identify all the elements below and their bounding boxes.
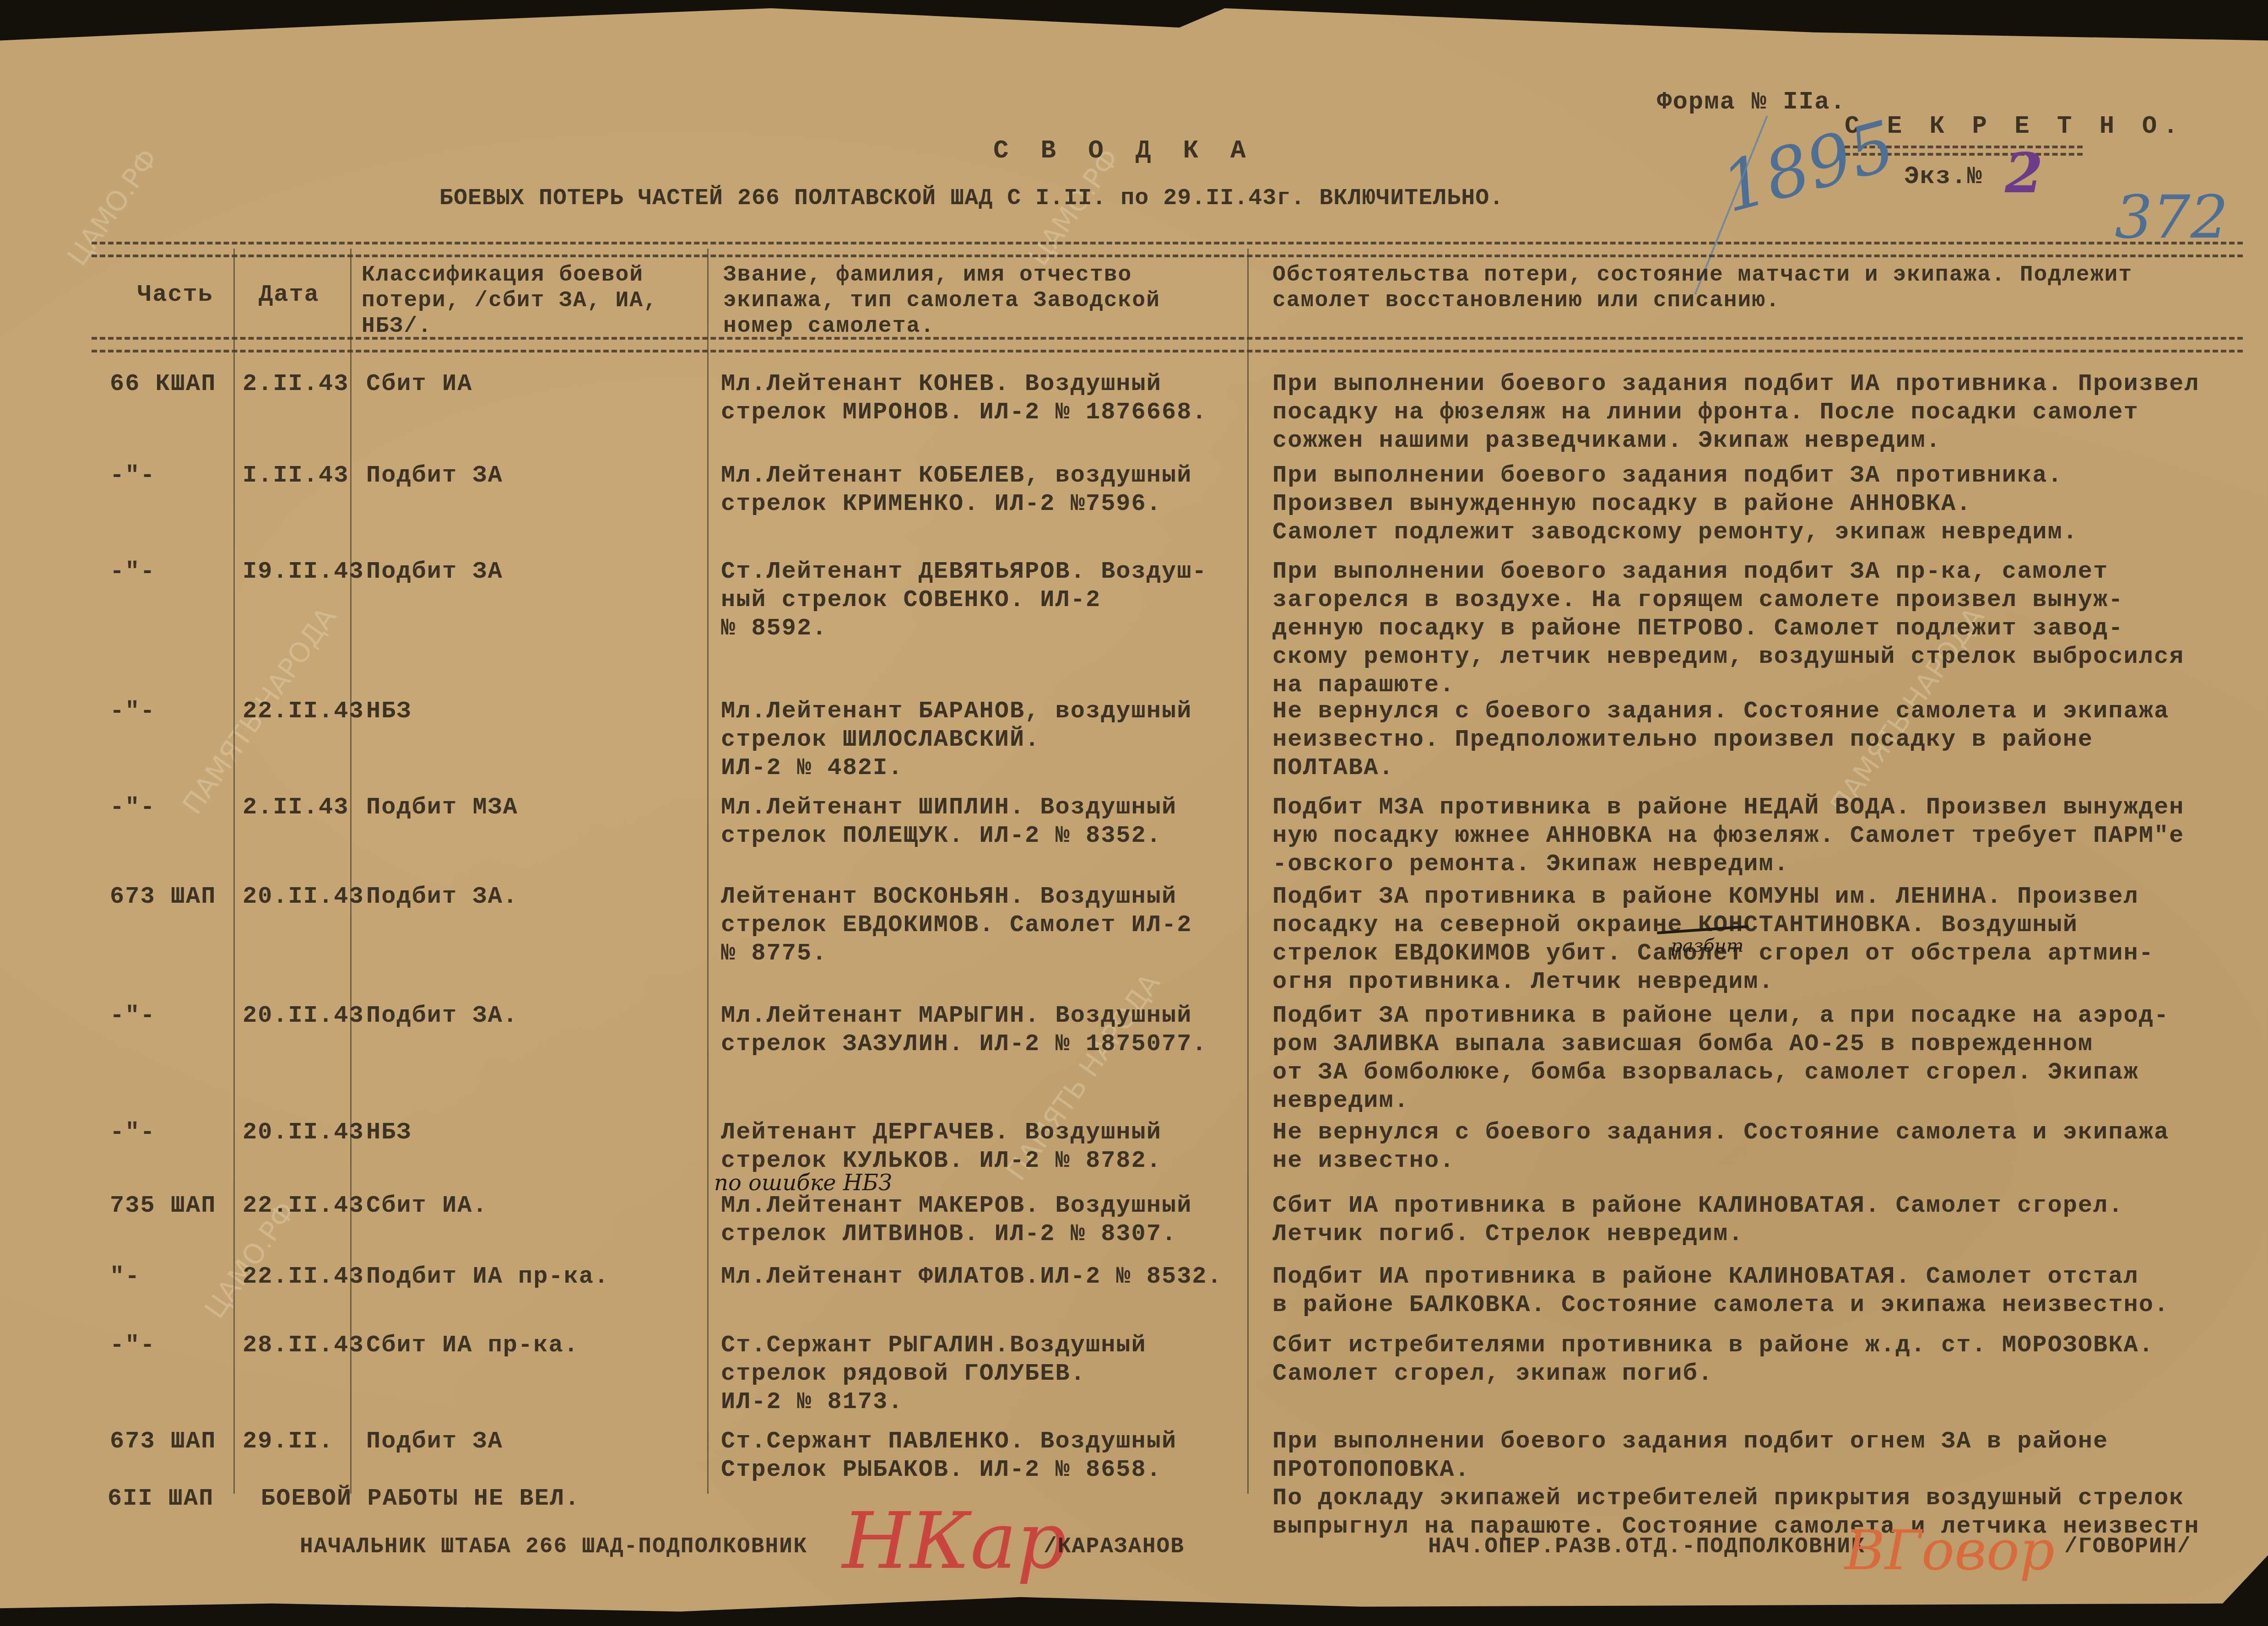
cell-circumstances: При выполнении боевого задания подбит ЗА… <box>1272 461 2078 547</box>
cell-crew: Мл.Лейтенант КОНЕВ. Воздушныйстрелок МИР… <box>721 370 1207 427</box>
cell-date: 22.II.43 <box>243 697 364 726</box>
cell-crew-line: Мл.Лейтенант МАКЕРОВ. Воздушный <box>721 1192 1192 1220</box>
cell-date: I.II.43 <box>243 461 349 490</box>
cell-unit: -"- <box>110 461 156 490</box>
signature-right: ВГовор <box>1845 1519 2055 1583</box>
cell-crew: Мл.Лейтенант КОБЕЛЕВ, воздушныйстрелок К… <box>721 461 1192 518</box>
cell-crew: Лейтенант ВОСКОНЬЯН. Воздушныйстрелок ЕВ… <box>721 883 1192 968</box>
cell-crew: Ст.Лейтенант ДЕВЯТЬЯРОВ. Воздуш-ный стре… <box>721 558 1207 643</box>
signature-right-name: /ГОВОРИН/ <box>2064 1533 2191 1561</box>
cell-crew-line: № 8592. <box>721 614 1207 643</box>
cell-crew-line: стрелок ПОЛЕЩУК. ИЛ-2 № 8352. <box>721 822 1177 850</box>
cell-circumstances: Подбит ИА противника в районе КАЛИНОВАТА… <box>1272 1263 2169 1319</box>
cell-date: 2.II.43 <box>243 793 349 822</box>
document-sheet: ЦАМО.РФ ЦАМО.РФ ПАМЯТЬ НАРОДА ПАМЯТЬ НАР… <box>0 8 2268 1620</box>
cell-circumstances-line: ную посадку южнее АННОВКА на фюзеляж. Са… <box>1272 822 2184 850</box>
copy-number: 2 <box>2005 141 2043 206</box>
column-divider <box>350 249 352 1494</box>
cell-crew-line: Стрелок РЫБАКОВ. ИЛ-2 № 8658. <box>721 1456 1177 1484</box>
cell-circumstances-line: ПРОТОПОПОВКА. <box>1272 1456 2200 1484</box>
cell-circumstances-line: не известно. <box>1272 1147 2169 1175</box>
cell-circumstances-line: на парашюте. <box>1272 671 2184 699</box>
cell-circumstances: При выполнении боевого задания подбит ИА… <box>1272 370 2200 455</box>
footer-unit: 6II ШАП <box>108 1485 214 1513</box>
cell-circumstances: При выполнении боевого задания подбит ЗА… <box>1272 558 2184 699</box>
cell-circumstances-line: Самолет подлежит заводскому ремонту, эки… <box>1272 518 2078 547</box>
cell-crew-line: Мл.Лейтенант ШИПЛИН. Воздушный <box>721 793 1177 822</box>
cell-classification: Сбит ИА. <box>366 1192 488 1220</box>
cell-unit: -"- <box>110 1002 156 1030</box>
form-number: Форма № IIа. <box>1657 88 1846 117</box>
cell-crew-line: стрелок ЕВДОКИМОВ. Самолет ИЛ-2 <box>721 911 1192 939</box>
cell-circumstances-line: По докладу экипажей истребителей прикрыт… <box>1272 1484 2200 1512</box>
cell-circumstances-line: загорелся в воздухе. На горящем самолете… <box>1272 586 2184 614</box>
column-header-unit: Часть <box>137 281 213 309</box>
cell-circumstances-line: в районе БАЛКОВКА. Состояние самолета и … <box>1272 1291 2169 1319</box>
cell-unit: 66 КШАП <box>110 370 216 398</box>
cell-circumstances-line: Сбит истребителями противника в районе ж… <box>1272 1331 2154 1360</box>
cell-crew: Ст.Сержант РЫГАЛИН.Воздушныйстрелок рядо… <box>721 1331 1147 1416</box>
cell-circumstances-line: -овского ремонта. Экипаж невредим. <box>1272 850 2184 878</box>
cell-classification: Подбит ЗА. <box>366 883 518 911</box>
cell-circumstances-line: При выполнении боевого задания подбит ИА… <box>1272 370 2200 398</box>
cell-crew-line: Мл.Лейтенант КОНЕВ. Воздушный <box>721 370 1207 398</box>
cell-circumstances-line: ПОЛТАВА. <box>1272 754 2169 782</box>
cell-unit: "- <box>110 1263 140 1291</box>
cell-circumstances-line: Самолет сгорел, экипаж погиб. <box>1272 1360 2154 1388</box>
cell-circumstances-line: Подбит МЗА противника в районе НЕДАЙ ВОД… <box>1272 793 2184 822</box>
cell-date: I9.II.43 <box>243 558 364 586</box>
cell-circumstances-line: Не вернулся с боевого задания. Состояние… <box>1272 697 2169 726</box>
cell-unit: 673 ШАП <box>110 1427 216 1456</box>
column-divider <box>707 249 709 1494</box>
cell-unit: -"- <box>110 1331 156 1360</box>
cell-crew-line: Мл.Лейтенант КОБЕЛЕВ, воздушный <box>721 461 1192 490</box>
cell-crew: Мл.Лейтенант МАРЫГИН. Воздушныйстрелок З… <box>721 1002 1207 1058</box>
signature-left-title: НАЧАЛЬНИК ШТАБА 266 ШАД-ПОДПОЛКОВНИК <box>300 1533 807 1561</box>
cell-circumstances: Подбит ЗА противника в районе цели, а пр… <box>1272 1002 2169 1115</box>
cell-crew-line: ИЛ-2 № 482I. <box>721 754 1192 782</box>
column-header-circumstances: Обстоятельства потери, состояние матчаст… <box>1272 262 2142 314</box>
cell-crew-line: Лейтенант ДЕРГАЧЕВ. Воздушный <box>721 1118 1162 1147</box>
cell-circumstances-line: Летчик погиб. Стрелок невредим. <box>1272 1220 2123 1248</box>
cell-crew-line: ный стрелок СОВЕНКО. ИЛ-2 <box>721 586 1207 614</box>
cell-classification: Подбит МЗА <box>366 793 518 822</box>
cell-date: 20.II.43 <box>243 1118 364 1147</box>
cell-crew-line: Мл.Лейтенант МАРЫГИН. Воздушный <box>721 1002 1207 1030</box>
cell-circumstances-line: Подбит ЗА противника в районе КОМУНЫ им.… <box>1272 883 2154 911</box>
cell-date: 28.II.43 <box>243 1331 364 1360</box>
handwritten-correction: разбит <box>1671 935 1743 956</box>
table-header-rule <box>92 337 2243 352</box>
document-subtitle: БОЕВЫХ ПОТЕРЬ ЧАСТЕЙ 266 ПОЛТАВСКОЙ ШАД … <box>439 184 1504 213</box>
column-divider <box>1247 249 1249 1494</box>
cell-classification: Подбит ЗА <box>366 558 503 586</box>
cell-crew-line: стрелок ШИЛОСЛАВСКИЙ. <box>721 726 1192 754</box>
cell-crew-line: Ст.Сержант РЫГАЛИН.Воздушный <box>721 1331 1147 1360</box>
cell-circumstances: Подбит МЗА противника в районе НЕДАЙ ВОД… <box>1272 793 2184 878</box>
cell-date: 20.II.43 <box>243 883 364 911</box>
cell-classification: Подбит ЗА <box>366 1427 503 1456</box>
cell-crew: Мл.Лейтенант МАКЕРОВ. Воздушныйстрелок Л… <box>721 1192 1192 1248</box>
cell-crew-line: Мл.Лейтенант БАРАНОВ, воздушный <box>721 697 1192 726</box>
cell-date: 22.II.43 <box>243 1192 364 1220</box>
cell-unit: -"- <box>110 697 156 726</box>
cell-crew-line: № 8775. <box>721 939 1192 968</box>
cell-circumstances-line: При выполнении боевого задания подбит ЗА… <box>1272 461 2078 490</box>
cell-circumstances-line: сожжен нашими разведчиками. Экипаж невре… <box>1272 427 2200 455</box>
cell-unit: 673 ШАП <box>110 883 216 911</box>
cell-circumstances-line: Не вернулся с боевого задания. Состояние… <box>1272 1118 2169 1147</box>
cell-classification: НБЗ <box>366 697 412 726</box>
handwritten-note: по ошибке НБЗ <box>714 1170 892 1196</box>
cell-crew-line: Ст.Сержант ПАВЛЕНКО. Воздушный <box>721 1427 1177 1456</box>
cell-classification: Сбит ИА пр-ка. <box>366 1331 579 1360</box>
cell-circumstances-line: посадку на фюзеляж на линии фронта. Посл… <box>1272 398 2200 427</box>
cell-classification: Подбит ЗА <box>366 461 503 490</box>
cell-crew-line: Лейтенант ВОСКОНЬЯН. Воздушный <box>721 883 1192 911</box>
column-header-date: Дата <box>259 281 319 309</box>
cell-circumstances-line: Произвел вынужденную посадку в районе АН… <box>1272 490 2078 518</box>
cell-unit: -"- <box>110 558 156 586</box>
document-title: СВОДКА <box>993 136 1278 165</box>
cell-circumstances: При выполнении боевого задания подбит ог… <box>1272 1427 2200 1541</box>
column-header-crew: Звание, фамилия, имя отчество экипажа, т… <box>723 262 1227 339</box>
cell-crew: Лейтенант ДЕРГАЧЕВ. Воздушныйстрелок КУЛ… <box>721 1118 1162 1175</box>
cell-unit: -"- <box>110 793 156 822</box>
column-header-classification: Классификация боевой потери, /сбит ЗА, И… <box>362 262 691 339</box>
cell-circumstances: Сбит ИА противника в районе КАЛИНОВАТАЯ.… <box>1272 1192 2123 1248</box>
cell-circumstances-line: Подбит ЗА противника в районе цели, а пр… <box>1272 1002 2169 1030</box>
cell-unit: -"- <box>110 1118 156 1147</box>
cell-crew-line: Ст.Лейтенант ДЕВЯТЬЯРОВ. Воздуш- <box>721 558 1207 586</box>
cell-date: 2.II.43 <box>243 370 349 398</box>
column-divider <box>233 249 235 1494</box>
signature-left-name: /КАРАЗАНОВ <box>1044 1533 1185 1561</box>
cell-classification: Подбит ИА пр-ка. <box>366 1263 609 1291</box>
cell-date: 20.II.43 <box>243 1002 364 1030</box>
cell-classification: НБЗ <box>366 1118 412 1147</box>
cell-classification: Сбит ИА <box>366 370 472 398</box>
signature-left: НКар <box>842 1496 1066 1587</box>
cell-classification: Подбит ЗА. <box>366 1002 518 1030</box>
cell-date: 29.II. <box>243 1427 334 1456</box>
cell-crew-line: стрелок МИРОНОВ. ИЛ-2 № 1876668. <box>721 398 1207 427</box>
cell-circumstances-line: неизвестно. Предположительно произвел по… <box>1272 726 2169 754</box>
cell-circumstances: Сбит истребителями противника в районе ж… <box>1272 1331 2154 1388</box>
cell-crew-line: ИЛ-2 № 8173. <box>721 1388 1147 1416</box>
cell-circumstances-line: от ЗА бомболюке, бомба взорвалась, самол… <box>1272 1058 2169 1087</box>
cell-crew: Мл.Лейтенант ФИЛАТОВ.ИЛ-2 № 8532. <box>721 1263 1223 1291</box>
cell-circumstances-line: Сбит ИА противника в районе КАЛИНОВАТАЯ.… <box>1272 1192 2123 1220</box>
cell-circumstances: Не вернулся с боевого задания. Состояние… <box>1272 1118 2169 1175</box>
footer-text: БОЕВОЙ РАБОТЫ НЕ ВЕЛ. <box>261 1485 580 1513</box>
cell-circumstances-line: Подбит ИА противника в районе КАЛИНОВАТА… <box>1272 1263 2169 1291</box>
cell-crew-line: стрелок ЛИТВИНОВ. ИЛ-2 № 8307. <box>721 1220 1192 1248</box>
cell-crew: Ст.Сержант ПАВЛЕНКО. ВоздушныйСтрелок РЫ… <box>721 1427 1177 1484</box>
cell-crew-line: стрелок рядовой ГОЛУБЕВ. <box>721 1360 1147 1388</box>
secrecy-stamp: С Е К Р Е Т Н О. <box>1845 113 2184 141</box>
cell-circumstances-line: невредим. <box>1272 1087 2169 1115</box>
archive-number: 1895 <box>1714 106 1903 228</box>
cell-crew: Мл.Лейтенант ШИПЛИН. Воздушныйстрелок ПО… <box>721 793 1177 850</box>
cell-circumstances: Не вернулся с боевого задания. Состояние… <box>1272 697 2169 782</box>
cell-circumstances-line: денную посадку в районе ПЕТРОВО. Самолет… <box>1272 614 2184 643</box>
cell-date: 22.II.43 <box>243 1263 364 1291</box>
cell-crew-line: Мл.Лейтенант ФИЛАТОВ.ИЛ-2 № 8532. <box>721 1263 1223 1291</box>
cell-circumstances-line: ром ЗАЛИВКА выпала зависшая бомба АО-25 … <box>1272 1030 2169 1058</box>
cell-crew-line: стрелок КРИМЕНКО. ИЛ-2 №7596. <box>721 490 1192 518</box>
cell-circumstances-line: скому ремонту, летчик невредим, воздушны… <box>1272 643 2184 671</box>
cell-circumstances-line: При выполнении боевого задания подбит ог… <box>1272 1427 2200 1456</box>
cell-crew: Мл.Лейтенант БАРАНОВ, воздушныйстрелок Ш… <box>721 697 1192 782</box>
table-top-rule <box>92 242 2243 257</box>
cell-circumstances-line: огня противника. Летчик невредим. <box>1272 968 2154 996</box>
copy-label: Экз.№ <box>1904 163 1983 191</box>
cell-circumstances-line: При выполнении боевого задания подбит ЗА… <box>1272 558 2184 586</box>
signature-right-title: НАЧ.ОПЕР.РАЗВ.ОТД.-ПОДПОЛКОВНИК <box>1428 1533 1865 1561</box>
cell-crew-line: стрелок ЗАЗУЛИН. ИЛ-2 № 1875077. <box>721 1030 1207 1058</box>
cell-unit: 735 ШАП <box>110 1192 216 1220</box>
